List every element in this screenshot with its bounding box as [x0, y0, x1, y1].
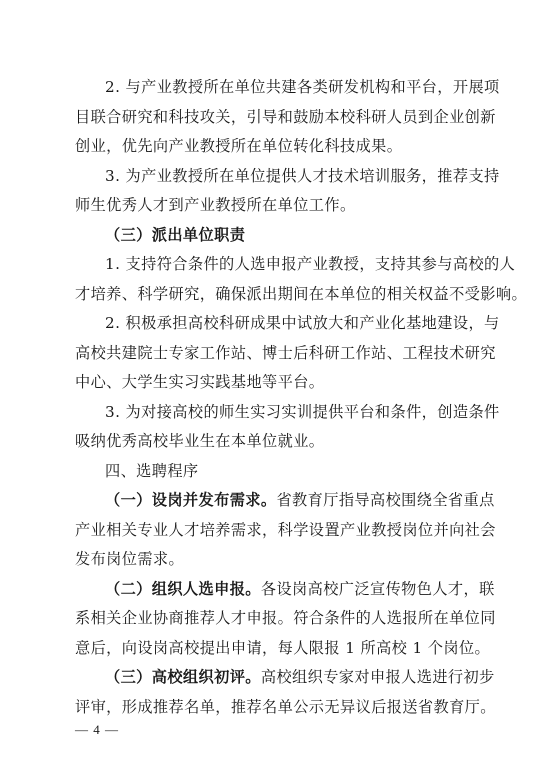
- document-body: 2. 与产业教授所在单位共建各类研发机构和平台，开展项 目联合研究和科技攻关，引…: [75, 73, 482, 722]
- text-line: 中心、大学生实习实践基地等平台。: [75, 368, 482, 398]
- text-line: 1. 支持符合条件的人选申报产业教授，支持其参与高校的人: [75, 250, 482, 280]
- text-line: 评审，形成推荐名单，推荐名单公示无异议后报送省教育厅。: [75, 693, 482, 723]
- text-line: （二）组织人选申报。各设岗高校广泛宣传物色人才，联: [75, 575, 482, 605]
- section-heading-dispatching-unit: （三）派出单位职责: [75, 221, 482, 251]
- page-number: — 4 —: [75, 722, 119, 738]
- paragraph-preliminary-review: （三）高校组织初评。高校组织专家对申报人选进行初步 评审，形成推荐名单，推荐名单…: [75, 663, 482, 722]
- paragraph-post-setup: （一）设岗并发布需求。省教育厅指导高校围绕全省重点 产业相关专业人才培养需求，科…: [75, 486, 482, 575]
- text-line: 3. 为产业教授所在单位提供人才技术培训服务，推荐支持: [75, 162, 482, 192]
- text-line: 意后，向设岗高校提出申请，每人限报 1 所高校 1 个岗位。: [75, 634, 482, 664]
- text-line: 2. 与产业教授所在单位共建各类研发机构和平台，开展项: [75, 73, 482, 103]
- text-line: 创业，优先向产业教授所在单位转化科技成果。: [75, 132, 482, 162]
- document-page: 2. 与产业教授所在单位共建各类研发机构和平台，开展项 目联合研究和科技攻关，引…: [0, 0, 556, 784]
- text-line: 才培养、科学研究，确保派出期间在本单位的相关权益不受影响。: [75, 280, 482, 310]
- paragraph-internships: 3. 为对接高校的师生实习实训提供平台和条件，创造条件 吸纳优秀高校毕业生在本单…: [75, 398, 482, 457]
- paragraph-support-candidates: 1. 支持符合条件的人选申报产业教授，支持其参与高校的人 才培养、科学研究，确保…: [75, 250, 482, 309]
- item-text: 省教育厅指导高校围绕全省重点: [276, 491, 494, 509]
- item-text: 各设岗高校广泛宣传物色人才，联: [261, 580, 495, 598]
- paragraph-training: 3. 为产业教授所在单位提供人才技术培训服务，推荐支持 师生优秀人才到产业教授所…: [75, 162, 482, 221]
- section-heading-selection-procedure: 四、选聘程序: [75, 457, 482, 487]
- item-title: （三）高校组织初评。: [105, 668, 261, 686]
- item-title: （一）设岗并发布需求。: [105, 491, 276, 509]
- text-line: 2. 积极承担高校科研成果中试放大和产业化基地建设，与: [75, 309, 482, 339]
- text-line: 系相关企业协商推荐人才申报。符合条件的人选报所在单位同: [75, 604, 482, 634]
- text-line: 吸纳优秀高校毕业生在本单位就业。: [75, 427, 482, 457]
- text-line: （一）设岗并发布需求。省教育厅指导高校围绕全省重点: [75, 486, 482, 516]
- item-title: （二）组织人选申报。: [105, 580, 261, 598]
- text-line: （三）高校组织初评。高校组织专家对申报人选进行初步: [75, 663, 482, 693]
- text-line: 3. 为对接高校的师生实习实训提供平台和条件，创造条件: [75, 398, 482, 428]
- paragraph-candidate-application: （二）组织人选申报。各设岗高校广泛宣传物色人才，联 系相关企业协商推荐人才申报。…: [75, 575, 482, 664]
- text-line: 发布岗位需求。: [75, 545, 482, 575]
- text-line: 目联合研究和科技攻关，引导和鼓励本校科研人员到企业创新: [75, 103, 482, 133]
- text-line: 师生优秀人才到产业教授所在单位工作。: [75, 191, 482, 221]
- paragraph-cooperation: 2. 与产业教授所在单位共建各类研发机构和平台，开展项 目联合研究和科技攻关，引…: [75, 73, 482, 162]
- text-line: 产业相关专业人才培养需求，科学设置产业教授岗位并向社会: [75, 516, 482, 546]
- item-text: 高校组织专家对申报人选进行初步: [261, 668, 495, 686]
- text-line: 高校共建院士专家工作站、博士后科研工作站、工程技术研究: [75, 339, 482, 369]
- paragraph-research-bases: 2. 积极承担高校科研成果中试放大和产业化基地建设，与 高校共建院士专家工作站、…: [75, 309, 482, 398]
